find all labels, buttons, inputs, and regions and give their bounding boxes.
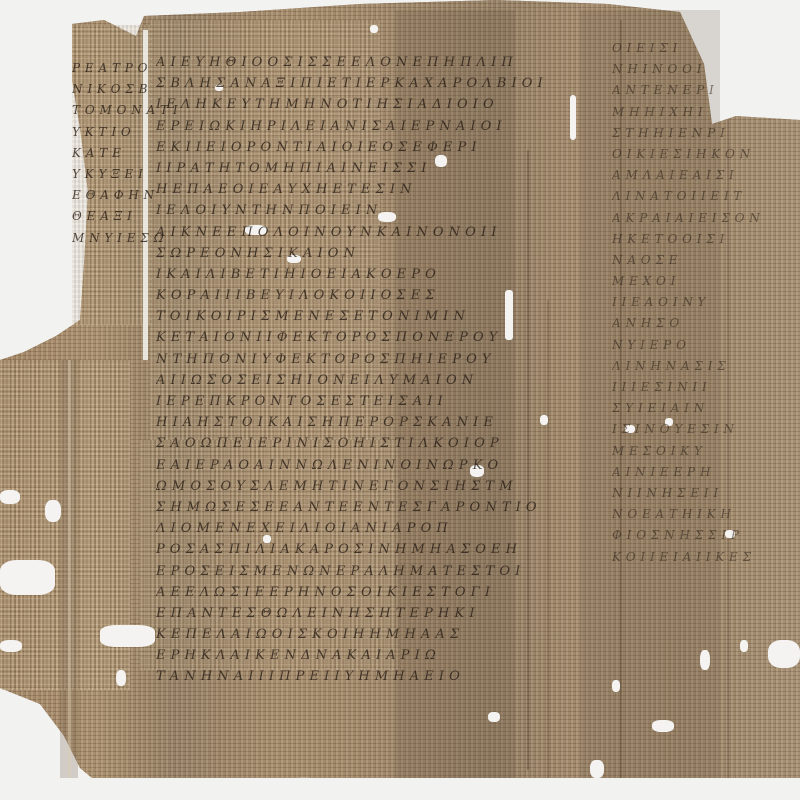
lacuna <box>0 490 20 504</box>
text-line: Σ Α Ο Ω Π Ε Ι Ε Ρ Ι Ν Ι Σ Ο Η Ι Σ Τ Ι Λ … <box>156 433 556 454</box>
lacuna <box>116 670 126 686</box>
text-line: Σ Β Λ Η Σ Α Ν Α Ξ Ι Π Ι Ε Τ Ι Ε Ρ Κ Α Χ … <box>156 73 556 94</box>
text-line: Ι Σ Ι Ν Ο Υ Ε Σ Ι Ν <box>612 419 800 440</box>
text-line: Η Ε Π Α Ε Ο Ι Ε Α Υ Χ Η Ε Τ Ε Σ Ι Ν <box>156 179 556 200</box>
text-line: Ω Μ Ο Σ Ο Υ Σ Λ Ε Μ Η Τ Ι Ν Ε Γ Ο Ν Σ Ι … <box>156 476 556 497</box>
text-line: Ε Α Ι Ε Ρ Α Ο Α Ι Ν Ν Ω Λ Ε Ν Ι Ν Ο Ι Ν … <box>156 455 556 476</box>
text-line: Ε Π Α Ν Τ Ε Σ Θ Ω Λ Ε Ι Ν Η Σ Η Τ Ε Ρ Η … <box>156 603 556 624</box>
text-line: Μ Η Η Ι Χ Η Ι <box>612 102 800 123</box>
text-line: Ε Κ Ι Ι Ε Ι Ο Ρ Ο Ν Τ Ι Α Ι Ο Ι Ε Ο Σ Ε … <box>156 137 556 158</box>
text-line: Ε Ρ Ε Ι Ω Κ Ι Η Ρ Ι Λ Ε Ι Α Ν Ι Σ Α Ι Ε … <box>156 116 556 137</box>
text-line: Λ Ι Ο Μ Ε Ν Ε Χ Ε Ι Λ Ι Ο Ι Α Ν Ι Α Ρ Ο … <box>156 518 556 539</box>
lacuna <box>768 640 800 668</box>
text-line: Α Ν Η Σ Ο <box>612 313 800 334</box>
papyrus-seam <box>68 360 71 780</box>
text-line: Η Ι Α Η Σ Τ Ο Ι Κ Α Ι Σ Η Π Ε Ρ Ο Ρ Σ Κ … <box>156 412 556 433</box>
text-line: Σ Τ Η Η Ι Ε Ν Ρ Ι <box>612 123 800 144</box>
lacuna <box>740 640 748 652</box>
text-line: Ν Τ Η Π Ο Ν Ι Υ Φ Ε Κ Τ Ο Ρ Ο Σ Π Η Ι Ε … <box>156 349 556 370</box>
text-line: Ν Η Ι Ν Ο Ο Ι <box>612 59 800 80</box>
text-line: Φ Ι Ο Σ Ν Η Σ Σ Ι Ρ <box>612 525 800 546</box>
photo-canvas: Ρ Ε Α Τ Ρ Ο Ν Ι Κ Ο Σ Β Τ Ο Μ Ο Ν Α Τ Ι … <box>0 0 800 800</box>
text-column-right: Ο Ι Ε Ι Σ Ι Ν Η Ι Ν Ο Ο Ι Α Ν Τ Ε Ν Ε Ρ … <box>612 38 800 568</box>
text-line: Ν Ο Ε Α Τ Η Ι Κ Η <box>612 504 800 525</box>
text-line: Η Κ Ε Τ Ο Ο Ι Σ Ι <box>612 229 800 250</box>
lacuna <box>488 712 500 722</box>
text-line: Ο Ι Κ Ι Ε Σ Ι Η Κ Ο Ν <box>612 144 800 165</box>
lacuna <box>100 625 155 647</box>
text-line: Α Μ Λ Α Ι Ε Α Ι Σ Ι <box>612 165 800 186</box>
text-line: Α Κ Ρ Α Ι Α Ι Ε Ι Σ Ο Ν <box>612 208 800 229</box>
text-line: Α Ι Ε Υ Η Θ Ι Ο Ο Σ Ι Σ Σ Ε Ε Λ Ο Ν Ε Π … <box>156 52 556 73</box>
text-line: Σ Η Μ Ω Σ Ε Σ Ε Ε Α Ν Τ Ε Ε Ν Τ Ε Σ Γ Α … <box>156 497 556 518</box>
text-line: Κ Ο Ι Ι Ε Ι Α Ι Ι Κ Ε Σ <box>612 547 800 568</box>
lacuna <box>590 760 604 778</box>
text-line: Κ Ο Ρ Α Ι Ι Ι Β Ε Υ Ι Λ Ο Κ Ο Ι Ι Ο Σ Ε … <box>156 285 556 306</box>
text-line: Ι Ε Ρ Ε Π Κ Ρ Ο Ν Τ Ο Σ Ε Σ Τ Ε Ι Σ Α Ι … <box>156 391 556 412</box>
text-line: Σ Υ Ι Ε Ι Α Ι Ν <box>612 398 800 419</box>
text-line: Ι Ι Ε Α Ο Ι Ν Υ <box>612 292 800 313</box>
text-line: Ν Ι Ι Ν Η Σ Ε Ι Ι <box>612 483 800 504</box>
text-line: Ο Ι Ε Ι Σ Ι <box>612 38 800 59</box>
text-line: Ρ Ο Σ Α Σ Π Ι Λ Ι Α Κ Α Ρ Ο Σ Ι Ν Η Μ Η … <box>156 539 556 560</box>
text-line: Ε Ρ Η Κ Λ Α Ι Κ Ε Ν Δ Ν Α Κ Α Ι Α Ρ Ι Ω <box>156 645 556 666</box>
text-line: Μ Ε Χ Ο Ι <box>612 271 800 292</box>
text-line: Ι Ι Ι Ε Σ Ι Ν Ι Ι <box>612 377 800 398</box>
lacuna <box>45 500 61 522</box>
text-line: Μ Ε Σ Ο Ι Κ Υ <box>612 441 800 462</box>
lacuna <box>652 720 674 732</box>
text-line: Ι Ε Λ Ο Ι Υ Ν Τ Η Ν Π Ο Ι Ε Ι Ν <box>156 200 556 221</box>
text-line: Ν Υ Ι Ε Ρ Ο <box>612 335 800 356</box>
text-line: Κ Ε Τ Α Ι Ο Ν Ι Ι Φ Ε Κ Τ Ο Ρ Ο Σ Π Ο Ν … <box>156 327 556 348</box>
text-line: Τ Ο Ι Κ Ο Ι Ρ Ι Σ Μ Ε Ν Ε Σ Ε Τ Ο Ν Ι Μ … <box>156 306 556 327</box>
text-line: Ι Ι Ρ Α Τ Η Τ Ο Μ Η Π Ι Α Ι Ν Ε Ι Σ Σ Ι <box>156 158 556 179</box>
text-line: Τ Α Ν Η Ν Α Ι Ι Ι Π Ρ Ε Ι Ι Υ Η Μ Η Α Ε … <box>156 666 556 687</box>
text-line: Κ Ε Π Ε Λ Α Ι Ω Ο Ι Σ Κ Ο Ι Η Η Μ Η Α Α … <box>156 624 556 645</box>
lacuna <box>612 680 620 692</box>
text-line: Ι Κ Α Ι Λ Ι Β Ε Τ Ι Η Ι Ο Ε Ι Α Κ Ο Ε Ρ … <box>156 264 556 285</box>
text-column-main: Α Ι Ε Υ Η Θ Ι Ο Ο Σ Ι Σ Σ Ε Ε Λ Ο Ν Ε Π … <box>156 52 556 688</box>
lacuna <box>570 95 576 140</box>
lacuna <box>370 25 378 33</box>
text-line: Ι Ε Λ Η Κ Ε Υ Τ Η Μ Η Ν Ο Τ Ι Η Σ Ι Α Δ … <box>156 94 556 115</box>
text-line: Λ Ι Ν Α Τ Ο Ι Ι Ε Ι Τ <box>612 186 800 207</box>
text-line: Α Ε Ε Λ Ω Σ Ι Ε Ε Ρ Η Ν Ο Σ Ο Ι Κ Ι Ε Σ … <box>156 582 556 603</box>
lacuna <box>0 640 22 652</box>
text-line: Α Ι Κ Ν Ε Ε Π Ο Λ Ο Ι Ν Ο Υ Ν Κ Α Ι Ν Ο … <box>156 222 556 243</box>
lacuna <box>700 650 710 670</box>
text-line: Α Ν Τ Ε Ν Ε Ρ Ι <box>612 80 800 101</box>
text-line: Σ Ω Ρ Ε Ο Ν Η Σ Ι Κ Α Ι Ο Ν <box>156 243 556 264</box>
text-line: Ν Α Ο Σ Ε <box>612 250 800 271</box>
text-line: Α Ι Ν Ι Ε Ε Ρ Η <box>612 462 800 483</box>
text-line: Ε Ρ Ο Σ Ε Ι Σ Μ Ε Ν Ω Ν Ε Ρ Α Λ Η Μ Α Τ … <box>156 561 556 582</box>
lacuna <box>0 560 55 595</box>
text-line: Λ Ι Ν Η Ν Α Σ Ι Σ <box>612 356 800 377</box>
text-line: Α Ι Ι Ω Σ Ο Σ Ε Ι Σ Η Ι Ο Ν Ε Ι Λ Υ Μ Α … <box>156 370 556 391</box>
bottom-background-edge <box>0 778 800 800</box>
